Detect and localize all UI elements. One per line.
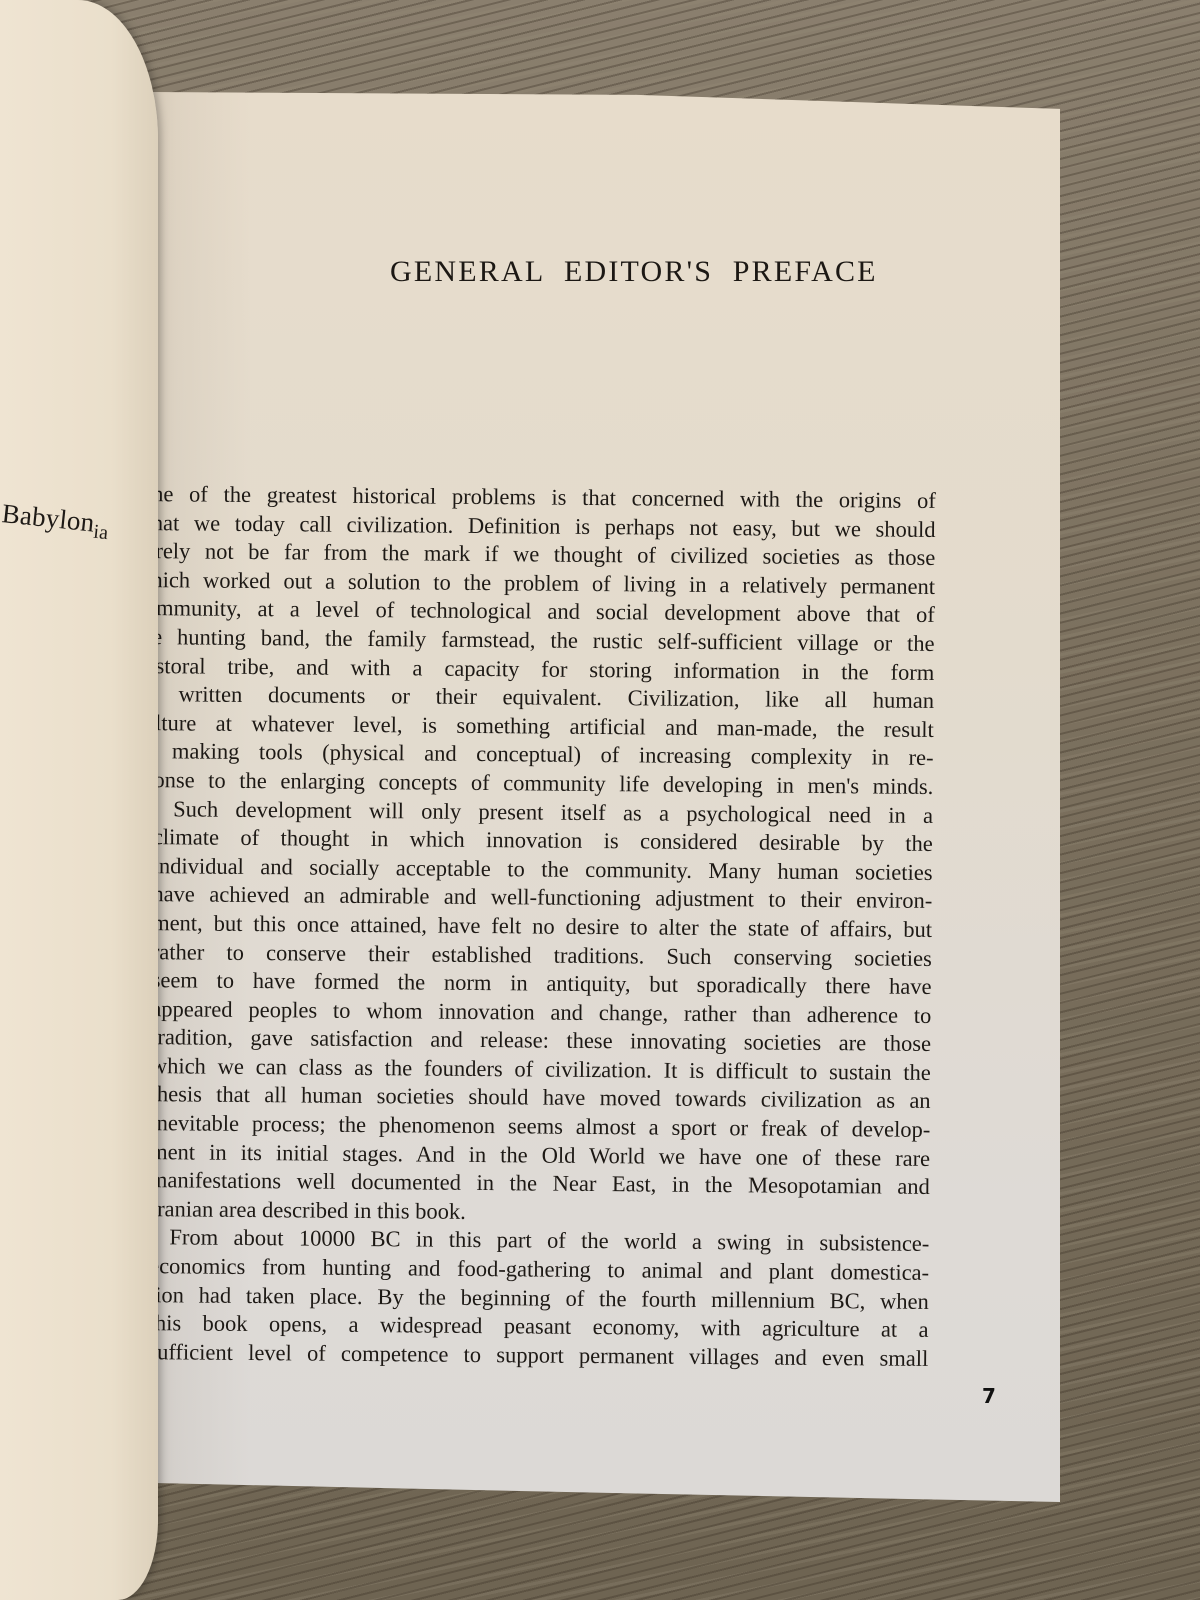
running-head-text: Babylon xyxy=(0,498,96,538)
running-head-fragment: Babylonia xyxy=(0,498,110,540)
facing-left-page: Babylonia xyxy=(0,0,158,1600)
text-line: sufficient level of competence to suppor… xyxy=(128,1338,928,1374)
running-head-text-tail: ia xyxy=(92,521,109,544)
body-text: One of the greatest historical problems … xyxy=(128,480,936,1373)
paragraph-2: Such development will only present itsel… xyxy=(130,795,934,1231)
page-number: 7 xyxy=(982,1384,996,1408)
paragraph-1: One of the greatest historical problems … xyxy=(133,480,936,802)
book-page: GENERAL EDITOR'S PREFACE One of the grea… xyxy=(120,92,1060,1502)
paragraph-3: From about 10000 BC in this part of the … xyxy=(128,1223,929,1373)
page-title: GENERAL EDITOR'S PREFACE xyxy=(390,255,878,289)
